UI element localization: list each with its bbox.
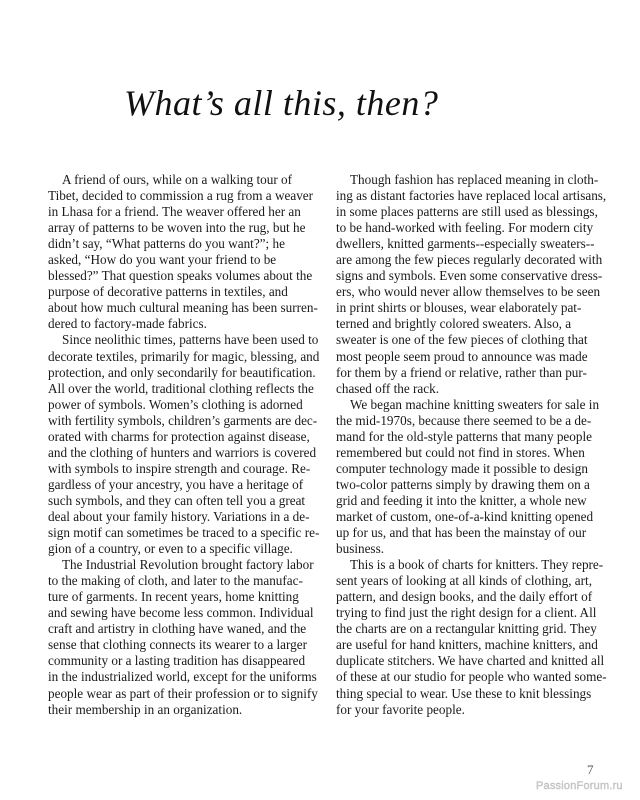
text-line: pattern, and design books, and the daily…	[336, 589, 598, 605]
text-line: We began machine knitting sweaters for s…	[336, 397, 598, 413]
text-line: dwellers, knitted garments--especially s…	[336, 236, 598, 252]
text-line: sign motif can sometimes be traced to a …	[48, 525, 310, 541]
paragraph: The Industrial Revolution brought factor…	[48, 557, 310, 717]
text-line: duplicate stitchers. We have charted and…	[336, 653, 598, 669]
text-line: with symbols to inspire strength and cou…	[48, 461, 310, 477]
text-line: Since neolithic times, patterns have bee…	[48, 332, 310, 348]
text-line: Tibet, decided to commission a rug from …	[48, 188, 310, 204]
text-line: in some places patterns are still used a…	[336, 204, 598, 220]
text-line: up for us, and that has been the mainsta…	[336, 525, 598, 541]
text-line: power of symbols. Women’s clothing is ad…	[48, 397, 310, 413]
text-line: to the making of cloth, and later to the…	[48, 573, 310, 589]
text-line: signs and symbols. Even some conservativ…	[336, 268, 598, 284]
text-line: deal about your family history. Variatio…	[48, 509, 310, 525]
text-line: of these at our studio for people who wa…	[336, 669, 598, 685]
text-line: sent years of looking at all kinds of cl…	[336, 573, 598, 589]
book-page: What’s all this, then? A friend of ours,…	[0, 0, 640, 800]
text-line: market of custom, one-of-a-kind knitting…	[336, 509, 598, 525]
text-line: to be hand-worked with feeling. For mode…	[336, 220, 598, 236]
text-line: in the industrialized world, except for …	[48, 669, 310, 685]
text-line: purpose of decorative patterns in textil…	[48, 284, 310, 300]
watermark: PassionForum.ru	[536, 780, 623, 792]
text-line: in print shirts or blouses, wear elabora…	[336, 300, 598, 316]
page-number: 7	[587, 762, 594, 778]
text-line: in Lhasa for a friend. The weaver offere…	[48, 204, 310, 220]
text-line: ers, who would never allow themselves to…	[336, 284, 598, 300]
text-line: business.	[336, 541, 598, 557]
text-line: Though fashion has replaced meaning in c…	[336, 172, 598, 188]
text-line: craft and artistry in clothing have wane…	[48, 621, 310, 637]
text-line: decorate textiles, primarily for magic, …	[48, 349, 310, 365]
text-line: most people seem proud to announce was m…	[336, 349, 598, 365]
text-line: sweater is one of the few pieces of clot…	[336, 332, 598, 348]
text-line: for them by a friend or relative, rather…	[336, 365, 598, 381]
paragraph: We began machine knitting sweaters for s…	[336, 397, 598, 557]
text-line: and sewing have become less common. Indi…	[48, 605, 310, 621]
text-line: remembered but could not find in stores.…	[336, 445, 598, 461]
paragraph: A friend of ours, while on a walking tou…	[48, 172, 310, 332]
text-line: two-color patterns simply by drawing the…	[336, 477, 598, 493]
text-line: gardless of your ancestry, you have a he…	[48, 477, 310, 493]
text-line: orated with charms for protection agains…	[48, 429, 310, 445]
paragraph: Since neolithic times, patterns have bee…	[48, 332, 310, 557]
text-line: array of patterns to be woven into the r…	[48, 220, 310, 236]
text-line: dered to factory-made fabrics.	[48, 316, 310, 332]
text-line: and the clothing of hunters and warriors…	[48, 445, 310, 461]
text-line: are useful for hand knitters, machine kn…	[336, 637, 598, 653]
text-line: the charts are on a rectangular knitting…	[336, 621, 598, 637]
text-line: are among the few pieces regularly decor…	[336, 252, 598, 268]
text-line: A friend of ours, while on a walking tou…	[48, 172, 310, 188]
text-line: with fertility symbols, children’s garme…	[48, 413, 310, 429]
paragraph: This is a book of charts for knitters. T…	[336, 557, 598, 717]
text-line: terned and brightly colored sweaters. Al…	[336, 316, 598, 332]
text-line: the mid-1970s, because there seemed to b…	[336, 413, 598, 429]
text-line: gion of a country, or even to a specific…	[48, 541, 310, 557]
text-line: The Industrial Revolution brought factor…	[48, 557, 310, 573]
text-line: about how much cultural meaning has been…	[48, 300, 310, 316]
text-line: thing special to wear. Use these to knit…	[336, 686, 598, 702]
text-line: such symbols, and they can often tell yo…	[48, 493, 310, 509]
text-line: trying to find just the right design for…	[336, 605, 598, 621]
right-column: Though fashion has replaced meaning in c…	[336, 172, 598, 718]
text-line: ing as distant factories have replaced l…	[336, 188, 598, 204]
text-line: didn’t say, “What patterns do you want?”…	[48, 236, 310, 252]
paragraph: Though fashion has replaced meaning in c…	[336, 172, 598, 397]
text-line: sense that clothing connects its wearer …	[48, 637, 310, 653]
text-line: grid and feeding it into the knitter, a …	[336, 493, 598, 509]
text-line: people wear as part of their profession …	[48, 686, 310, 702]
left-column: A friend of ours, while on a walking tou…	[48, 172, 310, 718]
text-line: All over the world, traditional clothing…	[48, 381, 310, 397]
text-line: protection, and only secondarily for bea…	[48, 365, 310, 381]
text-line: ture of garments. In recent years, home …	[48, 589, 310, 605]
text-line: for your favorite people.	[336, 702, 598, 718]
text-line: computer technology made it possible to …	[336, 461, 598, 477]
text-line: community or a lasting tradition has dis…	[48, 653, 310, 669]
text-line: their membership in an organization.	[48, 702, 310, 718]
text-line: This is a book of charts for knitters. T…	[336, 557, 598, 573]
page-title: What’s all this, then?	[124, 82, 438, 124]
text-line: mand for the old-style patterns that man…	[336, 429, 598, 445]
text-line: blessed?” That question speaks volumes a…	[48, 268, 310, 284]
text-line: asked, “How do you want your friend to b…	[48, 252, 310, 268]
text-line: chased off the rack.	[336, 381, 598, 397]
